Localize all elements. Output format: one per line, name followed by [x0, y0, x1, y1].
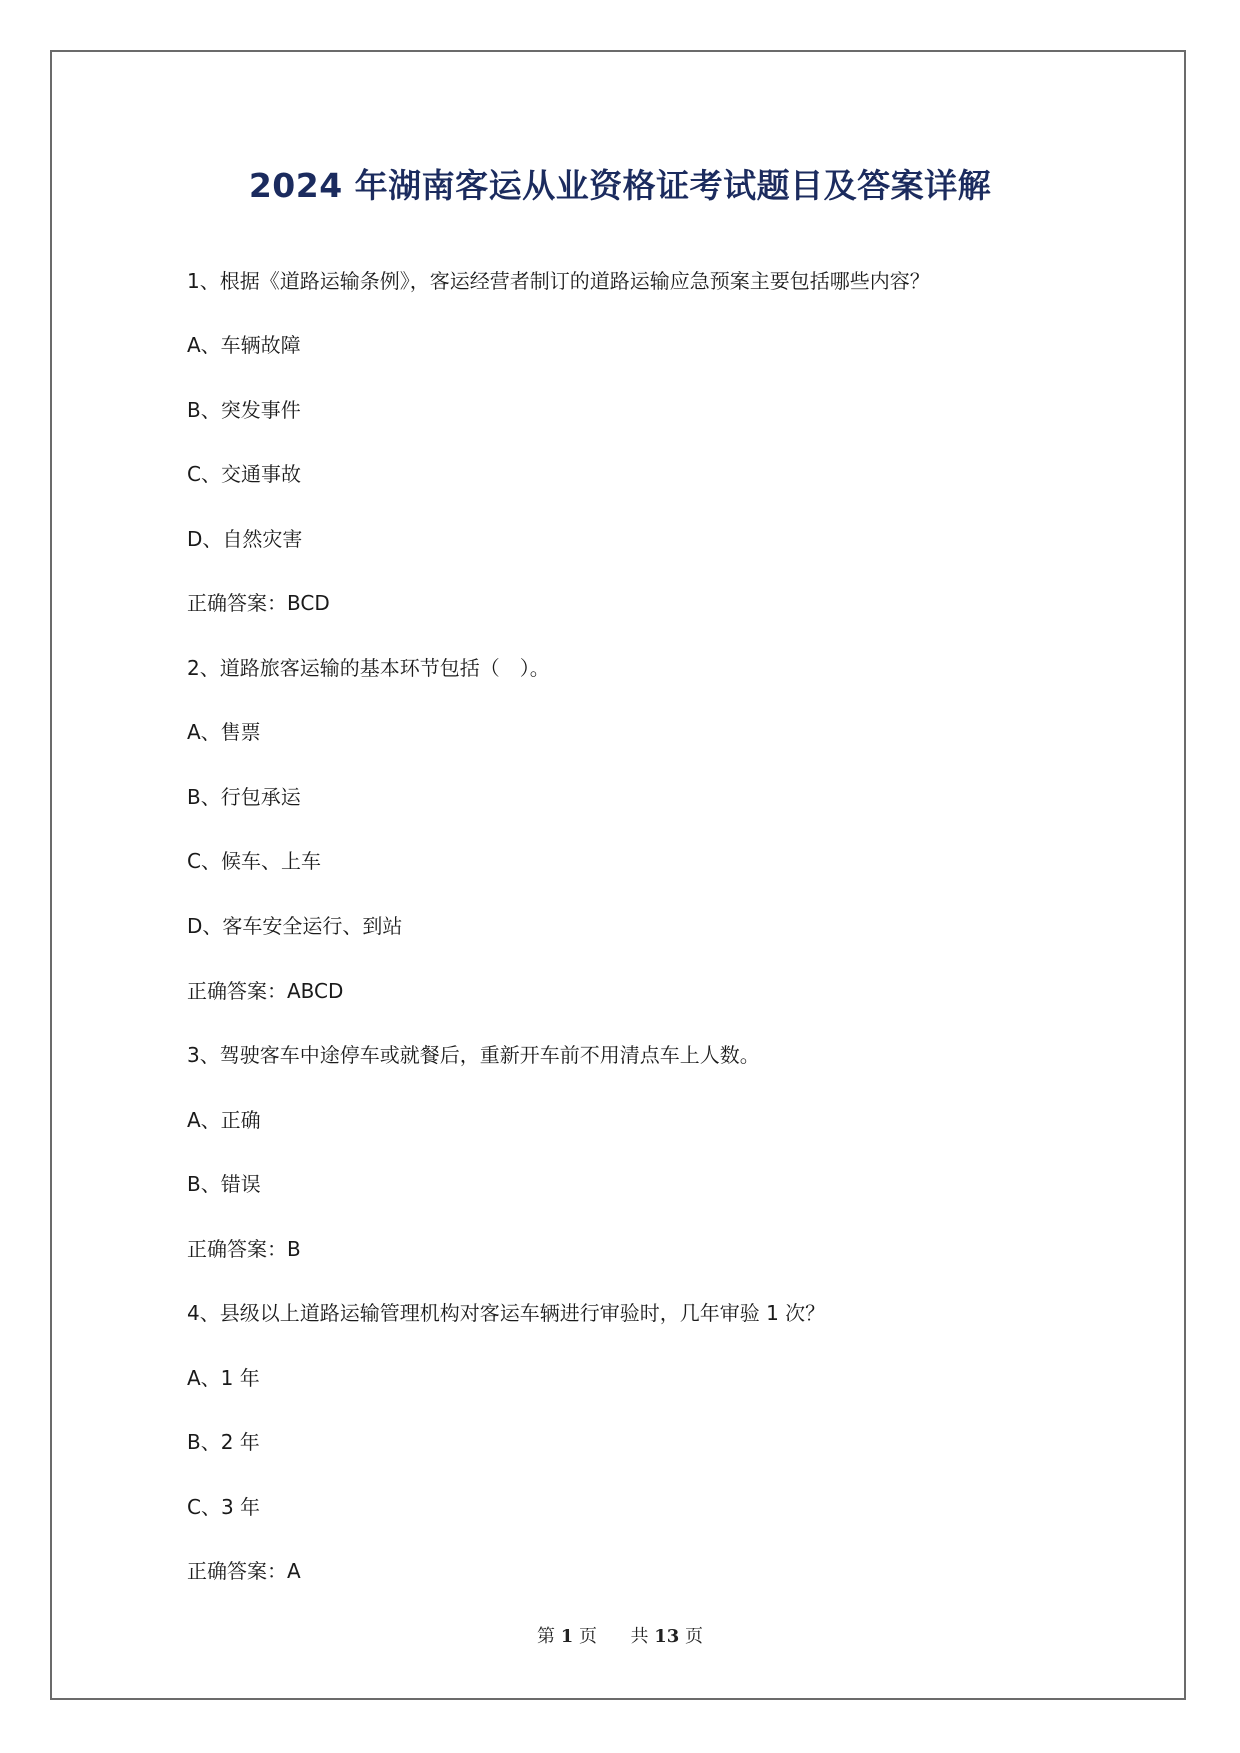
question-1-option-a: A、车辆故障	[187, 333, 301, 357]
question-4-text: 4、县级以上道路运输管理机构对客运车辆进行审验时，几年审验 1 次？	[187, 1301, 825, 1325]
question-2-option-d: D、客车安全运行、到站	[187, 914, 402, 938]
footer-page-word: 页	[579, 1626, 597, 1647]
question-4-option-b: B、2 年	[187, 1430, 260, 1454]
question-3-answer: 正确答案：B	[187, 1237, 301, 1261]
question-1-option-c: C、交通事故	[187, 462, 301, 486]
question-4-answer: 正确答案：A	[187, 1559, 301, 1583]
question-1-option-b: B、突发事件	[187, 398, 301, 422]
page-footer: 第 1 页 共 13 页	[0, 1622, 1240, 1648]
question-1-option-d: D、自然灾害	[187, 527, 302, 551]
question-2-answer: 正确答案：ABCD	[187, 979, 343, 1003]
question-2-option-b: B、行包承运	[187, 785, 301, 809]
total-pages-number: 13	[654, 1626, 679, 1647]
question-4-option-a: A、1 年	[187, 1366, 260, 1390]
question-2-option-c: C、候车、上车	[187, 849, 321, 873]
current-page-number: 1	[561, 1626, 574, 1647]
question-3-option-a: A、正确	[187, 1108, 261, 1132]
question-4-option-c: C、3 年	[187, 1495, 260, 1519]
question-1-answer: 正确答案：BCD	[187, 591, 330, 615]
footer-total-prefix: 共	[630, 1626, 648, 1647]
footer-total-suffix: 页	[685, 1626, 703, 1647]
footer-prefix: 第	[537, 1626, 555, 1647]
question-2-text: 2、道路旅客运输的基本环节包括（ ）。	[187, 656, 550, 680]
question-3-text: 3、驾驶客车中途停车或就餐后，重新开车前不用清点车上人数。	[187, 1043, 760, 1067]
question-1-text: 1、根据《道路运输条例》，客运经营者制订的道路运输应急预案主要包括哪些内容？	[187, 269, 930, 293]
document-title: 2024 年湖南客运从业资格证考试题目及答案详解	[0, 160, 1240, 207]
question-2-option-a: A、售票	[187, 720, 261, 744]
question-3-option-b: B、错误	[187, 1172, 261, 1196]
